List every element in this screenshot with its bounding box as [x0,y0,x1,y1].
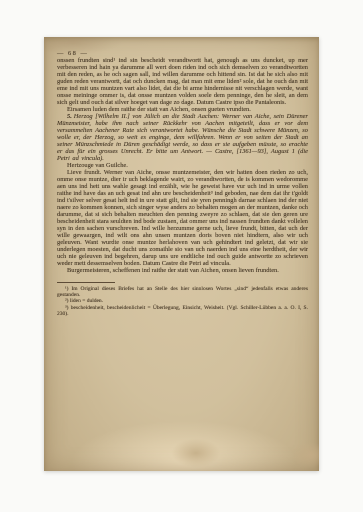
regest-number: 5. [67,113,74,120]
footnote-1: ¹) Im Original dieses Briefes hat an Ste… [57,286,308,299]
page-number: — 68 — [57,50,308,57]
footnote-3: ³) bescheidenheit, bescheidenlicheit = Ü… [57,305,308,318]
scanned-book-page: — 68 — onssen frundten sind¹ ind sin bes… [44,37,319,471]
footnote-separator [57,282,115,283]
text-block: — 68 — onssen frundten sind¹ ind sin bes… [57,50,308,318]
footnotes-section: ¹) Im Original dieses Briefes hat an Ste… [57,286,308,318]
regest-text: Herzog [Wilhelm II.] von Jülich an die S… [57,113,308,162]
continuation-address-line: Eirsamen luden dem raithe der statt van … [57,106,308,113]
regest-paragraph: 5.Herzog [Wilhelm II.] von Jülich an die… [57,113,308,162]
salutation-line: Hertzouge van Guilche. [57,162,308,169]
continuation-paragraph: onssen frundten sind¹ ind sin bescheidt … [57,57,308,106]
letter-address-line: Burgermeisteren, scheffenen ind raithe d… [57,267,308,274]
letter-body-paragraph: Lieve frundt. Werner van Aiche, onsse mu… [57,169,308,267]
